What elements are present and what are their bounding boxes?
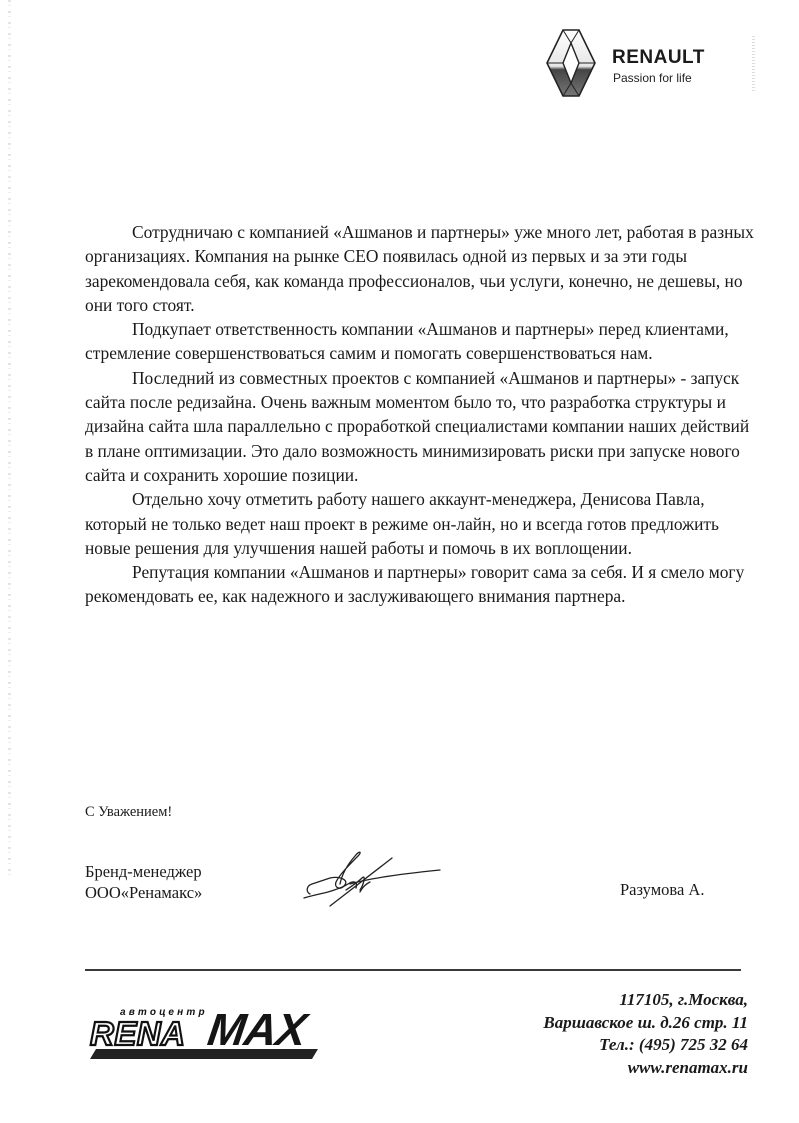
- logo-max-text: MAX: [205, 1004, 313, 1055]
- signature-icon: [300, 848, 445, 908]
- renault-diamond-icon: [546, 28, 596, 98]
- paragraph: Последний из совместных проектов с компа…: [85, 366, 760, 487]
- brand-tagline: Passion for life: [613, 72, 692, 84]
- letter-body: Сотрудничаю с компанией «Ашманов и партн…: [85, 220, 760, 609]
- paragraph: Сотрудничаю с компанией «Ашманов и партн…: [85, 220, 760, 317]
- signer-position: Бренд-менеджер: [85, 861, 202, 882]
- signer-name: Разумова А.: [620, 880, 704, 900]
- paragraph: Отдельно хочу отметить работу нашего акк…: [85, 487, 760, 560]
- footer-address: 117105, г.Москва, Варшавское ш. д.26 стр…: [543, 989, 748, 1079]
- address-phone: Тел.: (495) 725 32 64: [543, 1034, 748, 1057]
- renault-logo: RENAULT Passion for life: [546, 28, 746, 98]
- signer-company: ООО«Ренамакс»: [85, 882, 202, 903]
- renamax-logo-icon: автоцентр RENA MAX: [86, 1003, 378, 1061]
- logo-rena-text: RENA: [90, 1015, 186, 1052]
- paragraph: Репутация компании «Ашманов и партнеры» …: [85, 560, 760, 609]
- brand-name: RENAULT: [612, 48, 705, 67]
- address-postal: 117105, г.Москва,: [543, 989, 748, 1012]
- closing-salutation: С Уважением!: [85, 803, 172, 821]
- signer-position-block: Бренд-менеджер ООО«Ренамакс»: [85, 861, 202, 903]
- address-website: www.renamax.ru: [543, 1057, 748, 1080]
- footer-divider: [85, 969, 741, 971]
- scan-edge-artifact: [8, 0, 11, 880]
- paragraph: Подкупает ответственность компании «Ашма…: [85, 317, 760, 366]
- address-street: Варшавское ш. д.26 стр. 11: [543, 1012, 748, 1035]
- scan-edge-artifact: [752, 36, 755, 92]
